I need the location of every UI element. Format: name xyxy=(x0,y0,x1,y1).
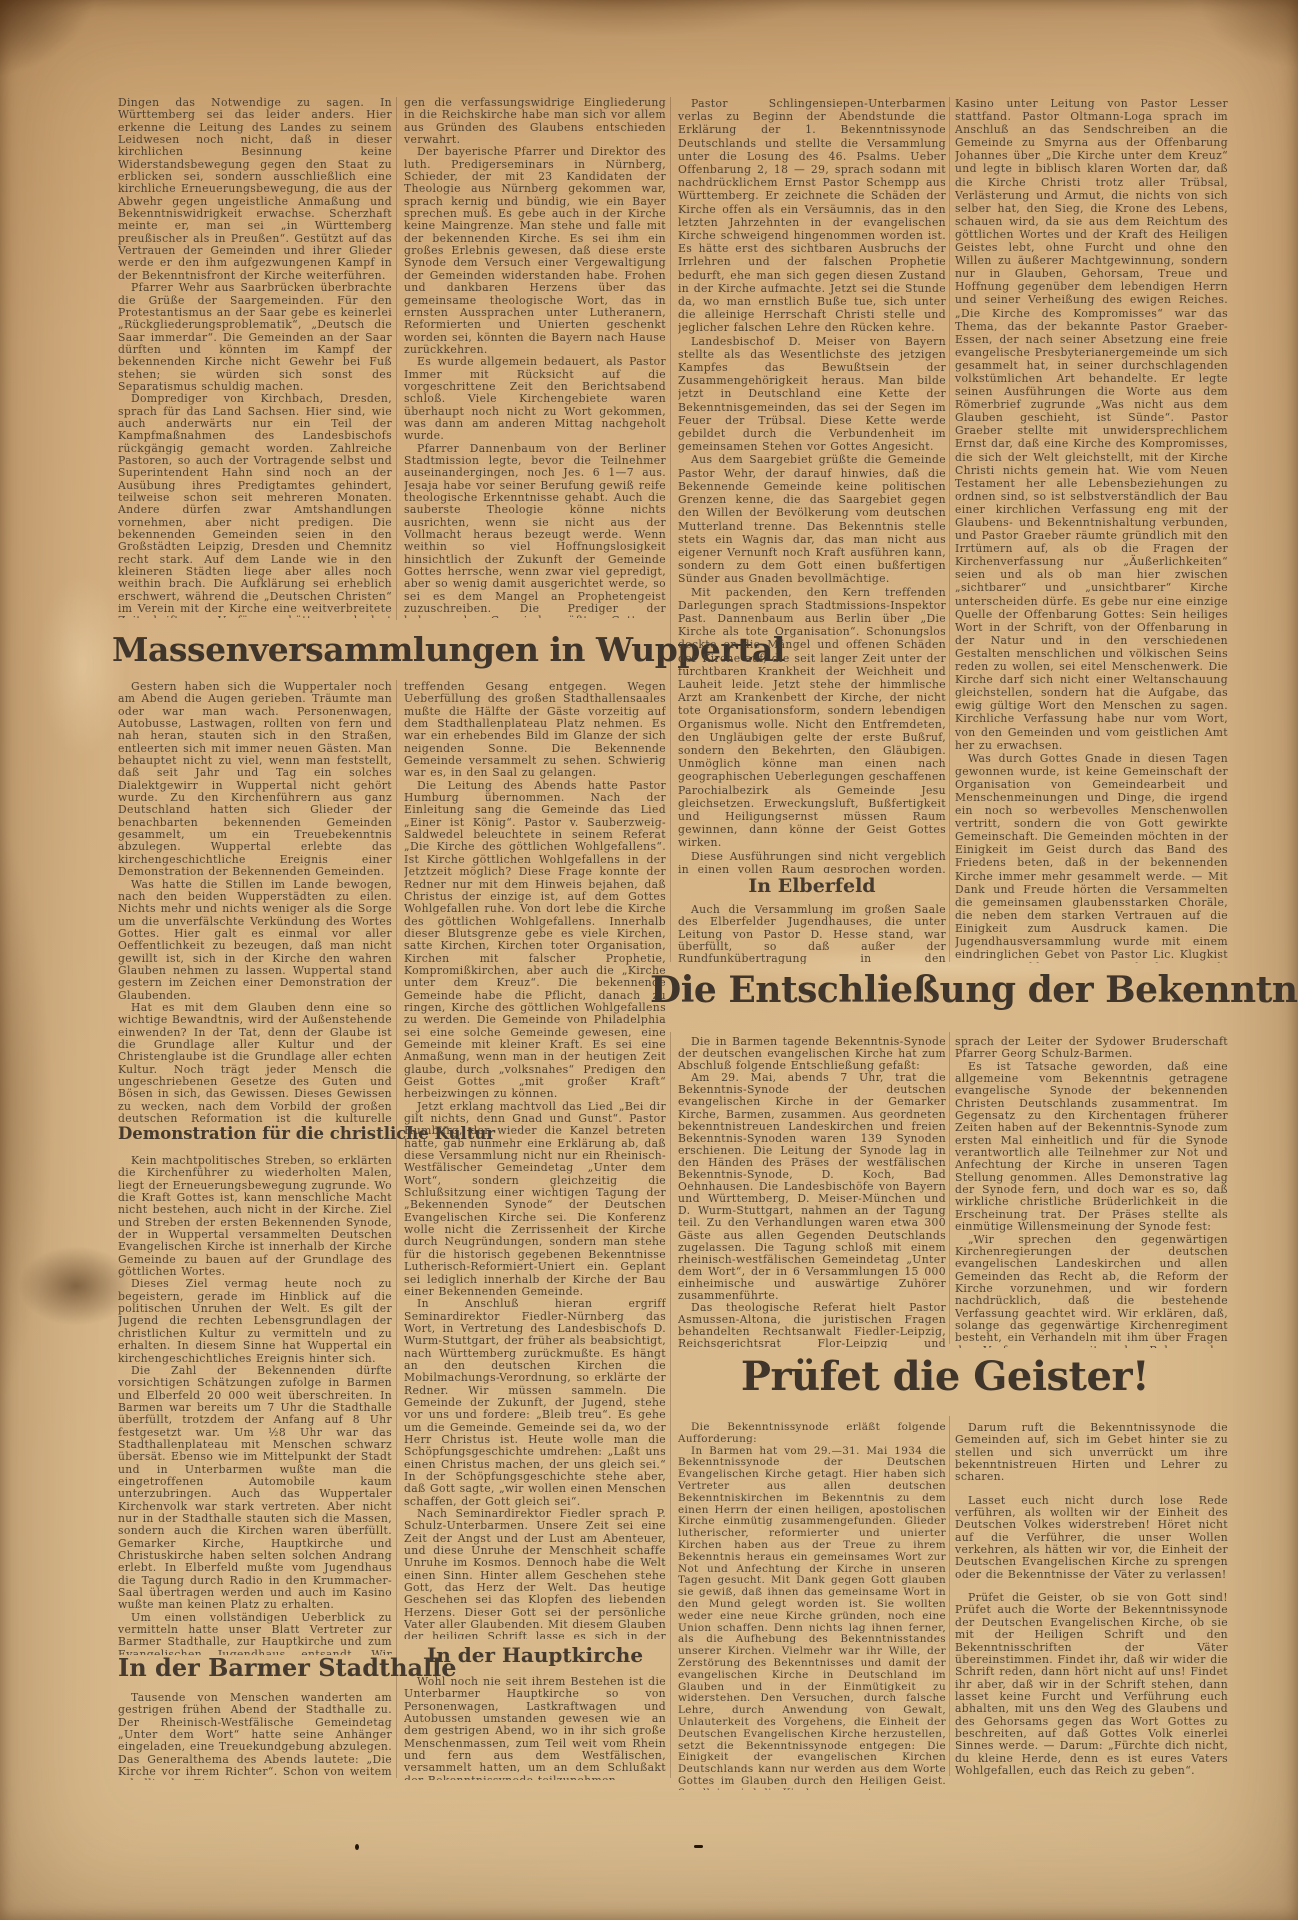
paragraph: Der bayerische Pfarrer und Direktor des … xyxy=(404,146,666,356)
paragraph: Darum ruft die Bekenntnissynode die Geme… xyxy=(955,1422,1228,1484)
paragraph: Pfarrer Dannenbaum von der Berliner Stad… xyxy=(404,443,666,618)
column-divider xyxy=(949,1416,950,1776)
paragraph: Domprediger von Kirchbach, Dresden, spra… xyxy=(118,393,392,618)
article-wuppertal-intro: Gestern haben sich die Wuppertaler noch … xyxy=(118,681,392,1123)
paragraph: Was durch Gottes Gnade in diesen Tagen g… xyxy=(955,752,1228,963)
paragraph: Hat es mit dem Glauben denn eine so wich… xyxy=(118,1002,392,1123)
paragraph: Jetzt erklang machtvoll das Lied „Bei di… xyxy=(404,1101,666,1299)
paragraph: Am 29. Mai, abends 7 Uhr, trat die Beken… xyxy=(678,1072,946,1302)
headline-entschliessung: Die Entschließung der Bekenntnissynode xyxy=(650,962,1242,1018)
paragraph: Dieses Ziel vermag heute noch zu begeist… xyxy=(118,1278,392,1364)
paragraph: Das theologische Referat hielt Pastor As… xyxy=(678,1302,946,1348)
paragraph: Auch die Versammlung im großen Saale des… xyxy=(678,904,946,964)
subhead-elberfeld: In Elberfeld xyxy=(678,873,946,900)
newspaper-page: Dingen das Notwendige zu sagen. In Württ… xyxy=(0,0,1298,1920)
paragraph: Pastor Schlingensiepen-Unterbarmen verla… xyxy=(678,97,946,335)
paragraph: Die Zahl der Bekennenden dürfte vorsicht… xyxy=(118,1365,392,1612)
paragraph: Die Bekenntnissynode erläßt folgende Auf… xyxy=(678,1422,946,1446)
column-divider xyxy=(670,1032,671,1778)
column-divider xyxy=(396,680,397,1778)
article-stadthalle: Tausende von Menschen wanderten am gestr… xyxy=(118,1692,392,1780)
column-divider xyxy=(396,97,397,620)
paragraph: Es ist Tatsache geworden, daß eine allge… xyxy=(955,1061,1228,1234)
paragraph: Prüfet die Geister, ob sie von Gott sind… xyxy=(955,1592,1228,1777)
paragraph: In Barmen hat vom 29.—31. Mai 1934 die B… xyxy=(678,1446,946,1790)
paragraph: Aus dem Saargebiet grüßte die Gemeinde P… xyxy=(678,453,946,585)
paragraph: Lasset euch nicht durch lose Rede verfüh… xyxy=(955,1495,1228,1581)
paragraph: sprach der Leiter der Sydower Bruderscha… xyxy=(955,1036,1228,1061)
headline-pruefet-die-geister: Prüfet die Geister! xyxy=(715,1346,1175,1408)
subhead-hauptkirche: In der Hauptkirche xyxy=(404,1641,666,1669)
article-column-4-top: Kasino unter Leitung von Pastor Lesser s… xyxy=(955,97,1228,963)
subhead-demonstration: Demonstration für die christliche Kultur xyxy=(118,1122,392,1146)
paragraph: Die in Barmen tagende Bekenntnis-Synode … xyxy=(678,1036,946,1072)
paragraph: gen die verfassungswidrige Eingliederung… xyxy=(404,97,666,146)
paragraph: Diese Ausführungen sind nicht vergeblich… xyxy=(678,850,946,873)
paragraph: Um einen vollständigen Ueberblick zu ver… xyxy=(118,1612,392,1655)
paragraph: Nach Seminardirektor Fiedler sprach P. S… xyxy=(404,1508,666,1639)
paragraph: Es wurde allgemein bedauert, als Pastor … xyxy=(404,356,666,442)
article-pruefet-left: Die Bekenntnissynode erläßt folgende Auf… xyxy=(678,1422,946,1790)
paragraph: „Wir sprechen den gegenwärtigen Kirchenr… xyxy=(955,1234,1228,1349)
paragraph: Mit packenden, den Kern treffenden Darle… xyxy=(678,586,946,850)
paragraph: Tausende von Menschen wanderten am gestr… xyxy=(118,1692,392,1780)
article-column-3-top: Pastor Schlingensiepen-Unterbarmen verla… xyxy=(678,97,946,873)
paragraph: Kasino unter Leitung von Pastor Lesser s… xyxy=(955,97,1228,752)
article-elberfeld: Auch die Versammlung im großen Saale des… xyxy=(678,904,946,964)
article-entschliessung-right: sprach der Leiter der Sydower Bruderscha… xyxy=(955,1036,1228,1348)
paper-speck xyxy=(694,1845,703,1848)
article-pruefet-right: Darum ruft die Bekenntnissynode die Geme… xyxy=(955,1422,1228,1778)
paragraph: Pfarrer Wehr aus Saarbrücken überbrachte… xyxy=(118,282,392,393)
paper-speck xyxy=(355,1844,359,1850)
article-column-2-top: gen die verfassungswidrige Eingliederung… xyxy=(404,97,666,618)
column-divider xyxy=(949,97,950,962)
article-entschliessung-left: Die in Barmen tagende Bekenntnis-Synode … xyxy=(678,1036,946,1348)
paragraph: Kein machtpolitisches Streben, so erklär… xyxy=(118,1155,392,1278)
article-hauptkirche: Wohl noch nie seit ihrem Bestehen ist di… xyxy=(404,1676,666,1780)
column-divider xyxy=(670,97,671,962)
paragraph: treffenden Gesang entgegen. Wegen Ueberf… xyxy=(404,681,666,780)
paragraph: Landesbischof D. Meiser von Bayern stell… xyxy=(678,335,946,454)
column-divider xyxy=(949,1032,950,1344)
article-column-1-top: Dingen das Notwendige zu sagen. In Württ… xyxy=(118,97,392,618)
subhead-barmer-stadthalle: In der Barmer Stadthalle xyxy=(118,1652,392,1684)
article-demonstration: Kein machtpolitisches Streben, so erklär… xyxy=(118,1155,392,1655)
headline-massenversammlungen: Massenversammlungen in Wuppertal xyxy=(112,627,558,673)
paragraph: In Anschluß hieran ergriff Seminardirekt… xyxy=(404,1298,666,1508)
paragraph: Die Leitung des Abends hatte Pastor Humb… xyxy=(404,780,666,1101)
paragraph: Dingen das Notwendige zu sagen. In Württ… xyxy=(118,97,392,282)
article-stadthalle-report: treffenden Gesang entgegen. Wegen Ueberf… xyxy=(404,681,666,1639)
paragraph: Wohl noch nie seit ihrem Bestehen ist di… xyxy=(404,1676,666,1780)
paragraph: Gestern haben sich die Wuppertaler noch … xyxy=(118,681,392,879)
paragraph: Was hatte die Stillen im Lande bewogen, … xyxy=(118,879,392,1002)
